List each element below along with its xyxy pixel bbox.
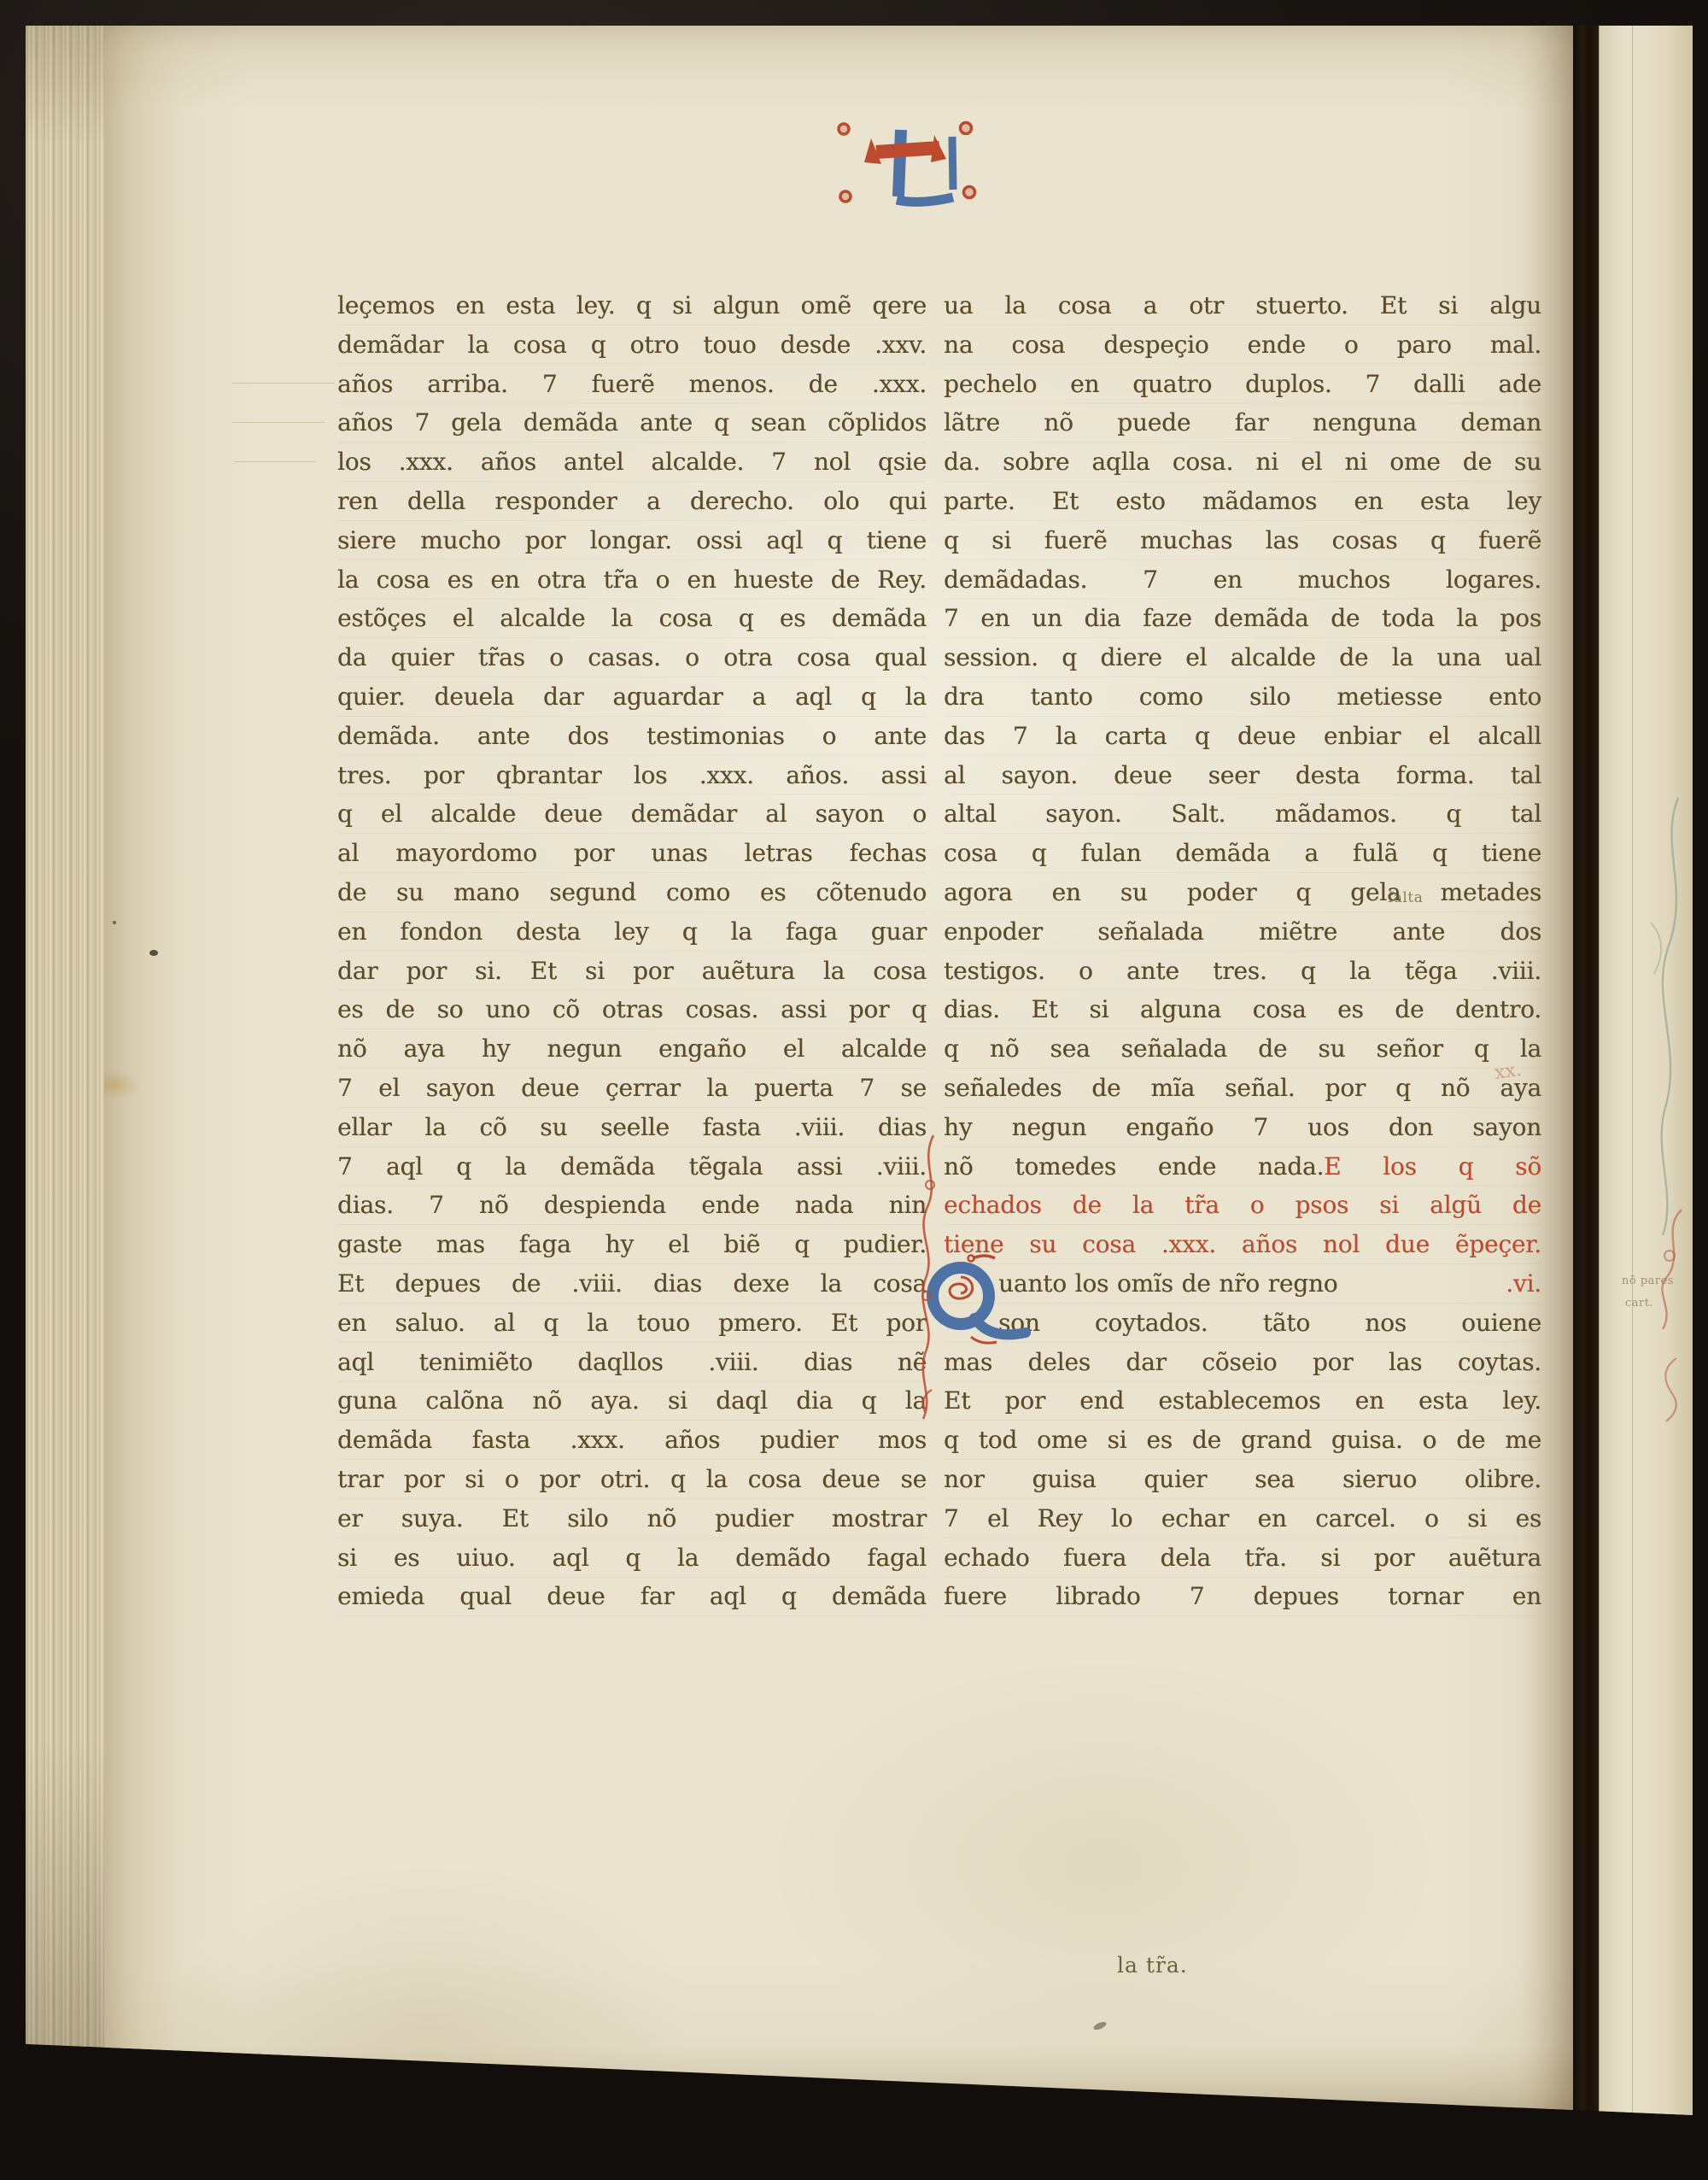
text-line: estõçes el alcalde la cosa q es demãda	[337, 599, 927, 638]
body-text: los .xxx. años antel alcalde. 7 nol qsie	[337, 448, 927, 476]
text-line: demãda fasta .xxx. años pudier mos	[337, 1421, 927, 1460]
body-text: es de so uno cõ otras cosas. assi por q	[337, 995, 927, 1023]
body-text: 7 en un dia faze demãda de toda la pos	[944, 604, 1541, 632]
text-line: si es uiuo. aql q la demãdo fagal	[337, 1538, 927, 1578]
text-line: da quier tr̃as o casas. o otra cosa qual	[337, 638, 927, 677]
text-line: quier. deuela dar aguardar a aql q la	[337, 677, 927, 717]
text-line: ellar la cõ su seelle fasta .viii. dias	[337, 1108, 927, 1147]
rubric-text: E los q sõ	[1324, 1152, 1541, 1181]
body-text: altal sayon. Salt. mãdamos. q tal	[944, 800, 1541, 828]
text-line: agora en su poder q gela metades	[944, 873, 1541, 912]
text-line: demãdadas. 7 en muchos logares.	[944, 560, 1541, 600]
text-line: tres. por qbrantar los .xxx. años. assi	[337, 756, 927, 795]
body-text: enpoder señalada miẽtre ante dos	[944, 917, 1541, 946]
body-text: en saluo. al q la touo pmero. Et por	[337, 1309, 927, 1337]
text-line: dra tanto como silo metiesse ento	[944, 677, 1541, 717]
text-line: la cosa es en otra tr̃a o en hueste de R…	[337, 560, 927, 600]
text-line: da. sobre aqlla cosa. ni el ni ome de su	[944, 442, 1541, 482]
text-line: al sayon. deue seer desta forma. tal	[944, 756, 1541, 795]
body-text: hy negun engaño 7 uos don sayon	[944, 1113, 1541, 1141]
text-line: 7 aql q la demãda tẽgala assi .viii.	[337, 1147, 927, 1187]
text-line: trar por si o por otri. q la cosa deue s…	[337, 1460, 927, 1499]
bottom-smudge	[1092, 2020, 1107, 2031]
text-line: en saluo. al q la touo pmero. Et por	[337, 1304, 927, 1343]
body-text: al sayon. deue seer desta forma. tal	[944, 761, 1541, 789]
text-line: er suya. Et silo nõ pudier mostrar	[337, 1499, 927, 1538]
body-text: demãda. ante dos testimonias o ante	[337, 722, 927, 750]
body-text: demãda fasta .xxx. años pudier mos	[337, 1426, 927, 1454]
body-text: años arriba. 7 fuerẽ menos. de .xxx.	[337, 370, 927, 398]
body-text: ua la cosa a otr stuerto. Et si algu	[944, 291, 1541, 319]
ink-speck	[113, 921, 116, 924]
body-text: testigos. o ante tres. q la tẽga .viii.	[944, 957, 1541, 985]
page-edge-stack	[26, 26, 104, 2115]
body-text: na cosa despeçio ende o paro mal.	[944, 331, 1541, 359]
text-line: altal sayon. Salt. mãdamos. q tal	[944, 794, 1541, 834]
body-text: son coytados. tãto nos ouiene	[998, 1309, 1541, 1337]
text-line: demãda. ante dos testimonias o ante	[337, 717, 927, 756]
quire-mark-icon	[837, 120, 974, 209]
text-line: 7 el Rey lo echar en carcel. o si es	[944, 1499, 1541, 1538]
body-text: al mayordomo por unas letras fechas	[337, 839, 927, 867]
text-line: testigos. o ante tres. q la tẽga .viii.	[944, 952, 1541, 991]
facing-ghost-text: cart.	[1625, 1297, 1653, 1310]
catchword: la tr̃a.	[1117, 1953, 1188, 1978]
facing-page-crease	[1632, 26, 1633, 2115]
text-line: nor guisa quier sea sieruo olibre.	[944, 1460, 1541, 1499]
red-filigree-flourish	[913, 1134, 945, 1421]
text-line: dias. Et si alguna cosa es de dentro.	[944, 990, 1541, 1029]
rubric-text: echados de la tr̃a o psos si algũ de	[944, 1191, 1541, 1219]
text-line: demãdar la cosa q otro touo desde .xxv.	[337, 325, 927, 365]
facing-ghost-text: nõ pares	[1622, 1275, 1674, 1287]
text-line: ua la cosa a otr stuerto. Et si algu	[944, 286, 1541, 325]
text-line: es de so uno cõ otras cosas. assi por q	[337, 990, 927, 1029]
body-text: fuere librado 7 depues tornar en	[944, 1582, 1541, 1610]
body-text: dar por si. Et si por auẽtura la cosa	[337, 957, 927, 985]
text-line: na cosa despeçio ende o paro mal.	[944, 325, 1541, 365]
body-text: pechelo en quatro duplos. 7 dalli ade	[944, 370, 1541, 398]
body-text: 7 el Rey lo echar en carcel. o si es	[944, 1504, 1541, 1532]
text-line: aql tenimiẽto daqllos .viii. dias nẽ	[337, 1343, 927, 1382]
text-line: 7 en un dia faze demãda de toda la pos	[944, 599, 1541, 638]
body-text: tres. por qbrantar los .xxx. años. assi	[337, 761, 927, 789]
body-text: nõ aya hy negun engaño el alcalde	[337, 1034, 927, 1063]
body-text: ellar la cõ su seelle fasta .viii. dias	[337, 1113, 927, 1141]
body-text: trar por si o por otri. q la cosa deue s…	[337, 1465, 927, 1493]
body-text: guna calõna nõ aya. si daql dia q la	[337, 1386, 927, 1415]
body-text: 7 el sayon deue çerrar la puerta 7 se	[337, 1074, 927, 1102]
body-text: da quier tr̃as o casas. o otra cosa qual	[337, 643, 927, 671]
ruling-line	[234, 461, 316, 462]
rubric-text: .vi.	[1506, 1264, 1541, 1304]
text-line: de su mano segund como es cõtenudo	[337, 873, 927, 912]
text-line: al mayordomo por unas letras fechas	[337, 834, 927, 873]
text-column-left: leçemos en esta ley. q si algun omẽ qere…	[337, 286, 927, 1616]
text-line: guna calõna nõ aya. si daql dia q la	[337, 1381, 927, 1421]
text-line: gaste mas faga hy el biẽ q pudier.	[337, 1225, 927, 1264]
text-column-right: falta ua la cosa a otr stuerto. Et si al…	[944, 286, 1541, 1616]
open-book: leçemos en esta ley. q si algun omẽ qere…	[26, 26, 1693, 2115]
body-text: q tod ome si es de grand guisa. o de me	[944, 1426, 1541, 1454]
ruling-line	[232, 383, 335, 384]
text-line: 7 el sayon deue çerrar la puerta 7 se	[337, 1069, 927, 1108]
body-text: q el alcalde deue demãdar al sayon o	[337, 800, 927, 828]
text-line: cosa q fulan demãda a fulã q tiene	[944, 834, 1541, 873]
text-line: enpoder señalada miẽtre ante dos	[944, 912, 1541, 952]
body-text: demãdadas. 7 en muchos logares.	[944, 566, 1541, 594]
rubric-line: echados de la tr̃a o psos si algũ de	[944, 1186, 1541, 1225]
body-text: Et por end establecemos en esta ley.	[944, 1386, 1541, 1415]
text-line: Et por end establecemos en esta ley.	[944, 1381, 1541, 1421]
text-line: hy negun engaño 7 uos don sayon	[944, 1108, 1541, 1147]
text-line: q tod ome si es de grand guisa. o de me	[944, 1421, 1541, 1460]
body-text: quier. deuela dar aguardar a aql q la	[337, 683, 927, 711]
text-line: nõ aya hy negun engaño el alcalde	[337, 1029, 927, 1069]
text-line: parte. Et esto mãdamos en esta ley	[944, 482, 1541, 521]
text-line: q nõ sea señalada de su señor q la	[944, 1029, 1541, 1069]
body-text: gaste mas faga hy el biẽ q pudier.	[337, 1230, 927, 1258]
body-text: q nõ sea señalada de su señor q la	[944, 1034, 1541, 1063]
body-text: señaledes de mĩa señal. por q nõ aya	[944, 1074, 1541, 1102]
body-text: emieda qual deue far aql q demãda	[337, 1582, 927, 1610]
body-text: da. sobre aqlla cosa. ni el ni ome de su	[944, 448, 1541, 476]
text-line: en fondon desta ley q la faga guar	[337, 912, 927, 952]
text-line: pechelo en quatro duplos. 7 dalli ade	[944, 365, 1541, 404]
body-text: años 7 gela demãda ante q sean cõplidos	[337, 408, 927, 437]
body-text: session. q diere el alcalde de la una ua…	[944, 643, 1541, 671]
facing-green-doodle	[1634, 794, 1693, 1239]
body-text: er suya. Et silo nõ pudier mostrar	[337, 1504, 927, 1532]
text-line: dias. 7 nõ despienda ende nada nin	[337, 1186, 927, 1225]
body-text: demãdar la cosa q otro touo desde .xxv.	[337, 331, 927, 359]
body-text: agora en su poder q gela metades	[944, 878, 1541, 906]
bleedthrough-red-mark: xx.	[1493, 1059, 1523, 1084]
facing-page-edge: nõ pares cart.	[1599, 26, 1693, 2115]
text-line: q el alcalde deue demãdar al sayon o	[337, 794, 927, 834]
body-text: cosa q fulan demãda a fulã q tiene	[944, 839, 1541, 867]
text-line: dar por si. Et si por auẽtura la cosa	[337, 952, 927, 991]
photo-stage: leçemos en esta ley. q si algun omẽ qere…	[0, 0, 1708, 2180]
body-text: siere mucho por longar. ossi aql q tiene	[337, 526, 927, 554]
body-text: dias. Et si alguna cosa es de dentro.	[944, 995, 1541, 1023]
ruling-line	[232, 422, 325, 423]
body-text: dias. 7 nõ despienda ende nada nin	[337, 1191, 927, 1219]
body-text: nor guisa quier sea sieruo olibre.	[944, 1465, 1541, 1493]
body-text: leçemos en esta ley. q si algun omẽ qere	[337, 291, 927, 319]
body-text: dra tanto como silo metiesse ento	[944, 683, 1541, 711]
body-text: parte. Et esto mãdamos en esta ley	[944, 487, 1541, 515]
body-text: ren della responder a derecho. olo qui	[337, 487, 927, 515]
text-line: leçemos en esta ley. q si algun omẽ qere	[337, 286, 927, 325]
body-text: si es uiuo. aql q la demãdo fagal	[337, 1544, 927, 1572]
text-line: ren della responder a derecho. olo qui	[337, 482, 927, 521]
body-text: nõ tomedes ende nada.	[944, 1152, 1324, 1181]
body-text: echado fuera dela tr̃a. si por auẽtura	[944, 1544, 1541, 1572]
text-line: años arriba. 7 fuerẽ menos. de .xxx.	[337, 365, 927, 404]
book-gutter	[1573, 26, 1599, 2115]
text-line: lãtre nõ puede far nenguna deman	[944, 403, 1541, 442]
text-line: años 7 gela demãda ante q sean cõplidos	[337, 403, 927, 442]
manuscript-page: leçemos en esta ley. q si algun omẽ qere…	[104, 26, 1573, 2115]
text-line: echado fuera dela tr̃a. si por auẽtura	[944, 1538, 1541, 1578]
body-text: en fondon desta ley q la faga guar	[337, 917, 927, 946]
body-text: lãtre nõ puede far nenguna deman	[944, 408, 1541, 437]
body-text: Et depues de .viii. dias dexe la cosa	[337, 1269, 927, 1298]
text-line: Et depues de .viii. dias dexe la cosa	[337, 1264, 927, 1304]
text-line: session. q diere el alcalde de la una ua…	[944, 638, 1541, 677]
body-text: uanto los omĩs de nr̃o regno	[998, 1264, 1337, 1304]
text-line: q si fuerẽ muchas las cosas q fuerẽ	[944, 521, 1541, 560]
interlinear-correction-note: falta	[1388, 889, 1423, 906]
body-text: q si fuerẽ muchas las cosas q fuerẽ	[944, 526, 1541, 554]
facing-red-flourish	[1625, 1204, 1693, 1461]
body-text: 7 aql q la demãda tẽgala assi .viii.	[337, 1152, 927, 1181]
text-line: los .xxx. años antel alcalde. 7 nol qsie	[337, 442, 927, 482]
body-text: das 7 la carta q deue enbiar el alcall	[944, 722, 1541, 750]
text-line: siere mucho por longar. ossi aql q tiene	[337, 521, 927, 560]
text-line: emieda qual deue far aql q demãda	[337, 1577, 927, 1616]
ink-blot	[149, 950, 158, 956]
rubric-line: nõ tomedes ende nada.E los q sõ	[944, 1147, 1541, 1187]
body-text: estõçes el alcalde la cosa q es demãda	[337, 604, 927, 632]
text-line: fuere librado 7 depues tornar en	[944, 1577, 1541, 1616]
text-line: das 7 la carta q deue enbiar el alcall	[944, 717, 1541, 756]
body-text: la cosa es en otra tr̃a o en hueste de R…	[337, 566, 927, 594]
body-text: de su mano segund como es cõtenudo	[337, 878, 927, 906]
text-line: señaledes de mĩa señal. por q nõ aya	[944, 1069, 1541, 1108]
body-text: aql tenimiẽto daqllos .viii. dias nẽ	[337, 1348, 927, 1376]
